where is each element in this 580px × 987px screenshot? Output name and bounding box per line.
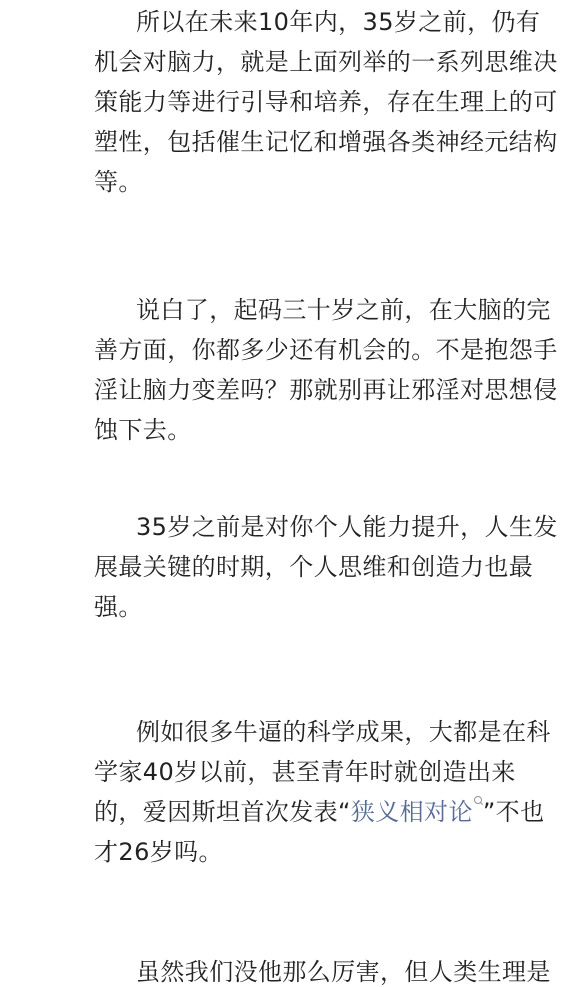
text-line-with-link: 的，爱因斯坦首次发表“狭义相对论”不也: [46, 792, 478, 832]
paragraph-4: 例如很多牛逼的科学成果，大都是在科 学家40岁以前，甚至青年时就创造出来 的，爱…: [46, 712, 478, 872]
text-line: 才26岁吗。: [46, 832, 478, 872]
paragraph-3: 35岁之前是对你个人能力提升，人生发 展最关键的时期，个人思维和创造力也最 强。: [46, 507, 478, 627]
paragraph-5: 虽然我们没他那么厉害，但人类生理是: [46, 952, 478, 987]
link-text[interactable]: 狭义相对论: [351, 798, 473, 826]
text-line: 策能力等进行引导和培养，存在生理上的可: [46, 82, 478, 122]
text-line: 等。: [46, 162, 478, 202]
text-line: 所以在未来10年内，35岁之前，仍有: [46, 2, 478, 42]
paragraph-2: 说白了，起码三十岁之前，在大脑的完 善方面，你都多少还有机会的。不是抱怨手 淫让…: [46, 290, 478, 450]
text-line: 说白了，起码三十岁之前，在大脑的完: [46, 290, 478, 330]
search-link-special-relativity[interactable]: 狭义相对论: [351, 798, 483, 826]
text-line: 机会对脑力，就是上面列举的一系列思维决: [46, 42, 478, 82]
text-line: 学家40岁以前，甚至青年时就创造出来: [46, 752, 478, 792]
text-line: 展最关键的时期，个人思维和创造力也最: [46, 547, 478, 587]
text-before-link: 的，爱因斯坦首次发表“: [94, 798, 351, 826]
paragraph-1: 所以在未来10年内，35岁之前，仍有 机会对脑力，就是上面列举的一系列思维决 策…: [46, 2, 478, 202]
text-line: 塑性，包括催生记忆和增强各类神经元结构: [46, 122, 478, 162]
text-line: 35岁之前是对你个人能力提升，人生发: [46, 507, 478, 547]
text-line: 淫让脑力变差吗？那就别再让邪淫对思想侵: [46, 370, 478, 410]
text-line: 善方面，你都多少还有机会的。不是抱怨手: [46, 330, 478, 370]
text-after-link: ”不也: [483, 798, 545, 826]
text-line: 虽然我们没他那么厉害，但人类生理是: [46, 952, 478, 987]
text-line: 蚀下去。: [46, 410, 478, 450]
text-line: 强。: [46, 587, 478, 627]
text-line: 例如很多牛逼的科学成果，大都是在科: [46, 712, 478, 752]
search-icon[interactable]: [473, 796, 483, 810]
